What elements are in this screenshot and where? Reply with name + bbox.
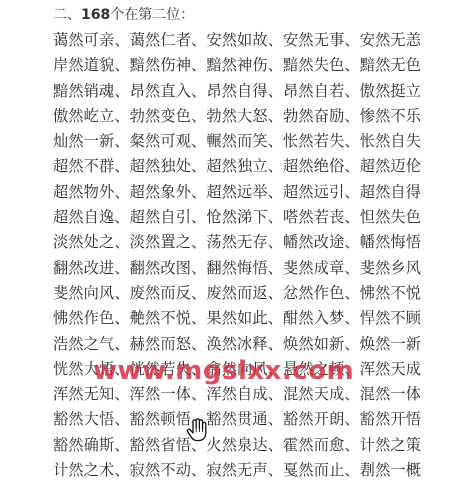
text-line: 超然自逸、超然自引、怆然涕下、嗒然若丧、怛然失色 xyxy=(53,205,453,230)
text-line: 灿然一新、粲然可观、冁然而笑、怅然若失、怅然自失 xyxy=(53,129,453,154)
heading-suffix: 个在第二位： xyxy=(110,7,194,23)
text-line: 淡然处之、淡然置之、荡然无存、幡然改途、幡然悔悟 xyxy=(53,230,453,255)
text-line: 斐然向风、废然而反、废然而返、忿然作色、怫然不悦 xyxy=(53,281,453,306)
text-line: 怫然作色、艴然不悦、果然如此、酣然入梦、悍然不顾 xyxy=(53,306,453,331)
text-line: 计然之术、寂然不动、寂然无声、戛然而止、剨然一概 xyxy=(53,458,453,483)
document-page: 二、168个在第二位： 蔼然可亲、蔼然仁者、安然如故、安然无事、安然无恙 岸然道… xyxy=(0,0,463,500)
text-line: 豁然大悟、豁然顿悟、豁然贯通、豁然开朗、豁然开悟 xyxy=(53,407,453,432)
text-line: 豁然确斯、豁然省悟、火然泉达、霍然而愈、计然之策 xyxy=(53,433,453,458)
text-line: 超然物外、超然象外、超然远举、超然远引、超然自得 xyxy=(53,180,453,205)
section-heading: 二、168个在第二位： xyxy=(53,3,453,28)
hand-pointer-cursor-icon xyxy=(186,418,208,442)
text-line: 浩然之气、赫然而怒、涣然冰释、焕然如新、焕然一新 xyxy=(53,332,453,357)
text-line: 蔼然可亲、蔼然仁者、安然如故、安然无事、安然无恙 xyxy=(53,28,453,53)
text-line: 翻然改进、翻然改图、翻然悔悟、斐然成章、斐然乡风 xyxy=(53,256,453,281)
text-line: 超然不群、超然独处、超然独立、超然绝俗、超然迈伦 xyxy=(53,154,453,179)
heading-count: 168 xyxy=(81,7,110,23)
heading-prefix: 二、 xyxy=(53,7,81,23)
text-line: 浑然无知、浑然一体、浑然自成、混然天成、混然一体 xyxy=(53,382,453,407)
text-line: 岸然道貌、黯然伤神、黯然神伤、黯然失色、黯然无色 xyxy=(53,53,453,78)
text-line: 傲然屹立、勃然变色、勃然大怒、勃然奋励、惨然不乐 xyxy=(53,104,453,129)
text-line: 黯然销魂、昂然直入、昂然自得、昂然自若、傲然挺立 xyxy=(53,79,453,104)
document-body: 二、168个在第二位： 蔼然可亲、蔼然仁者、安然如故、安然无事、安然无恙 岸然道… xyxy=(53,3,453,483)
text-line: 恍然大悟、恍然若失、翕然向风、悬然之顿、浑然天成 xyxy=(53,357,453,382)
